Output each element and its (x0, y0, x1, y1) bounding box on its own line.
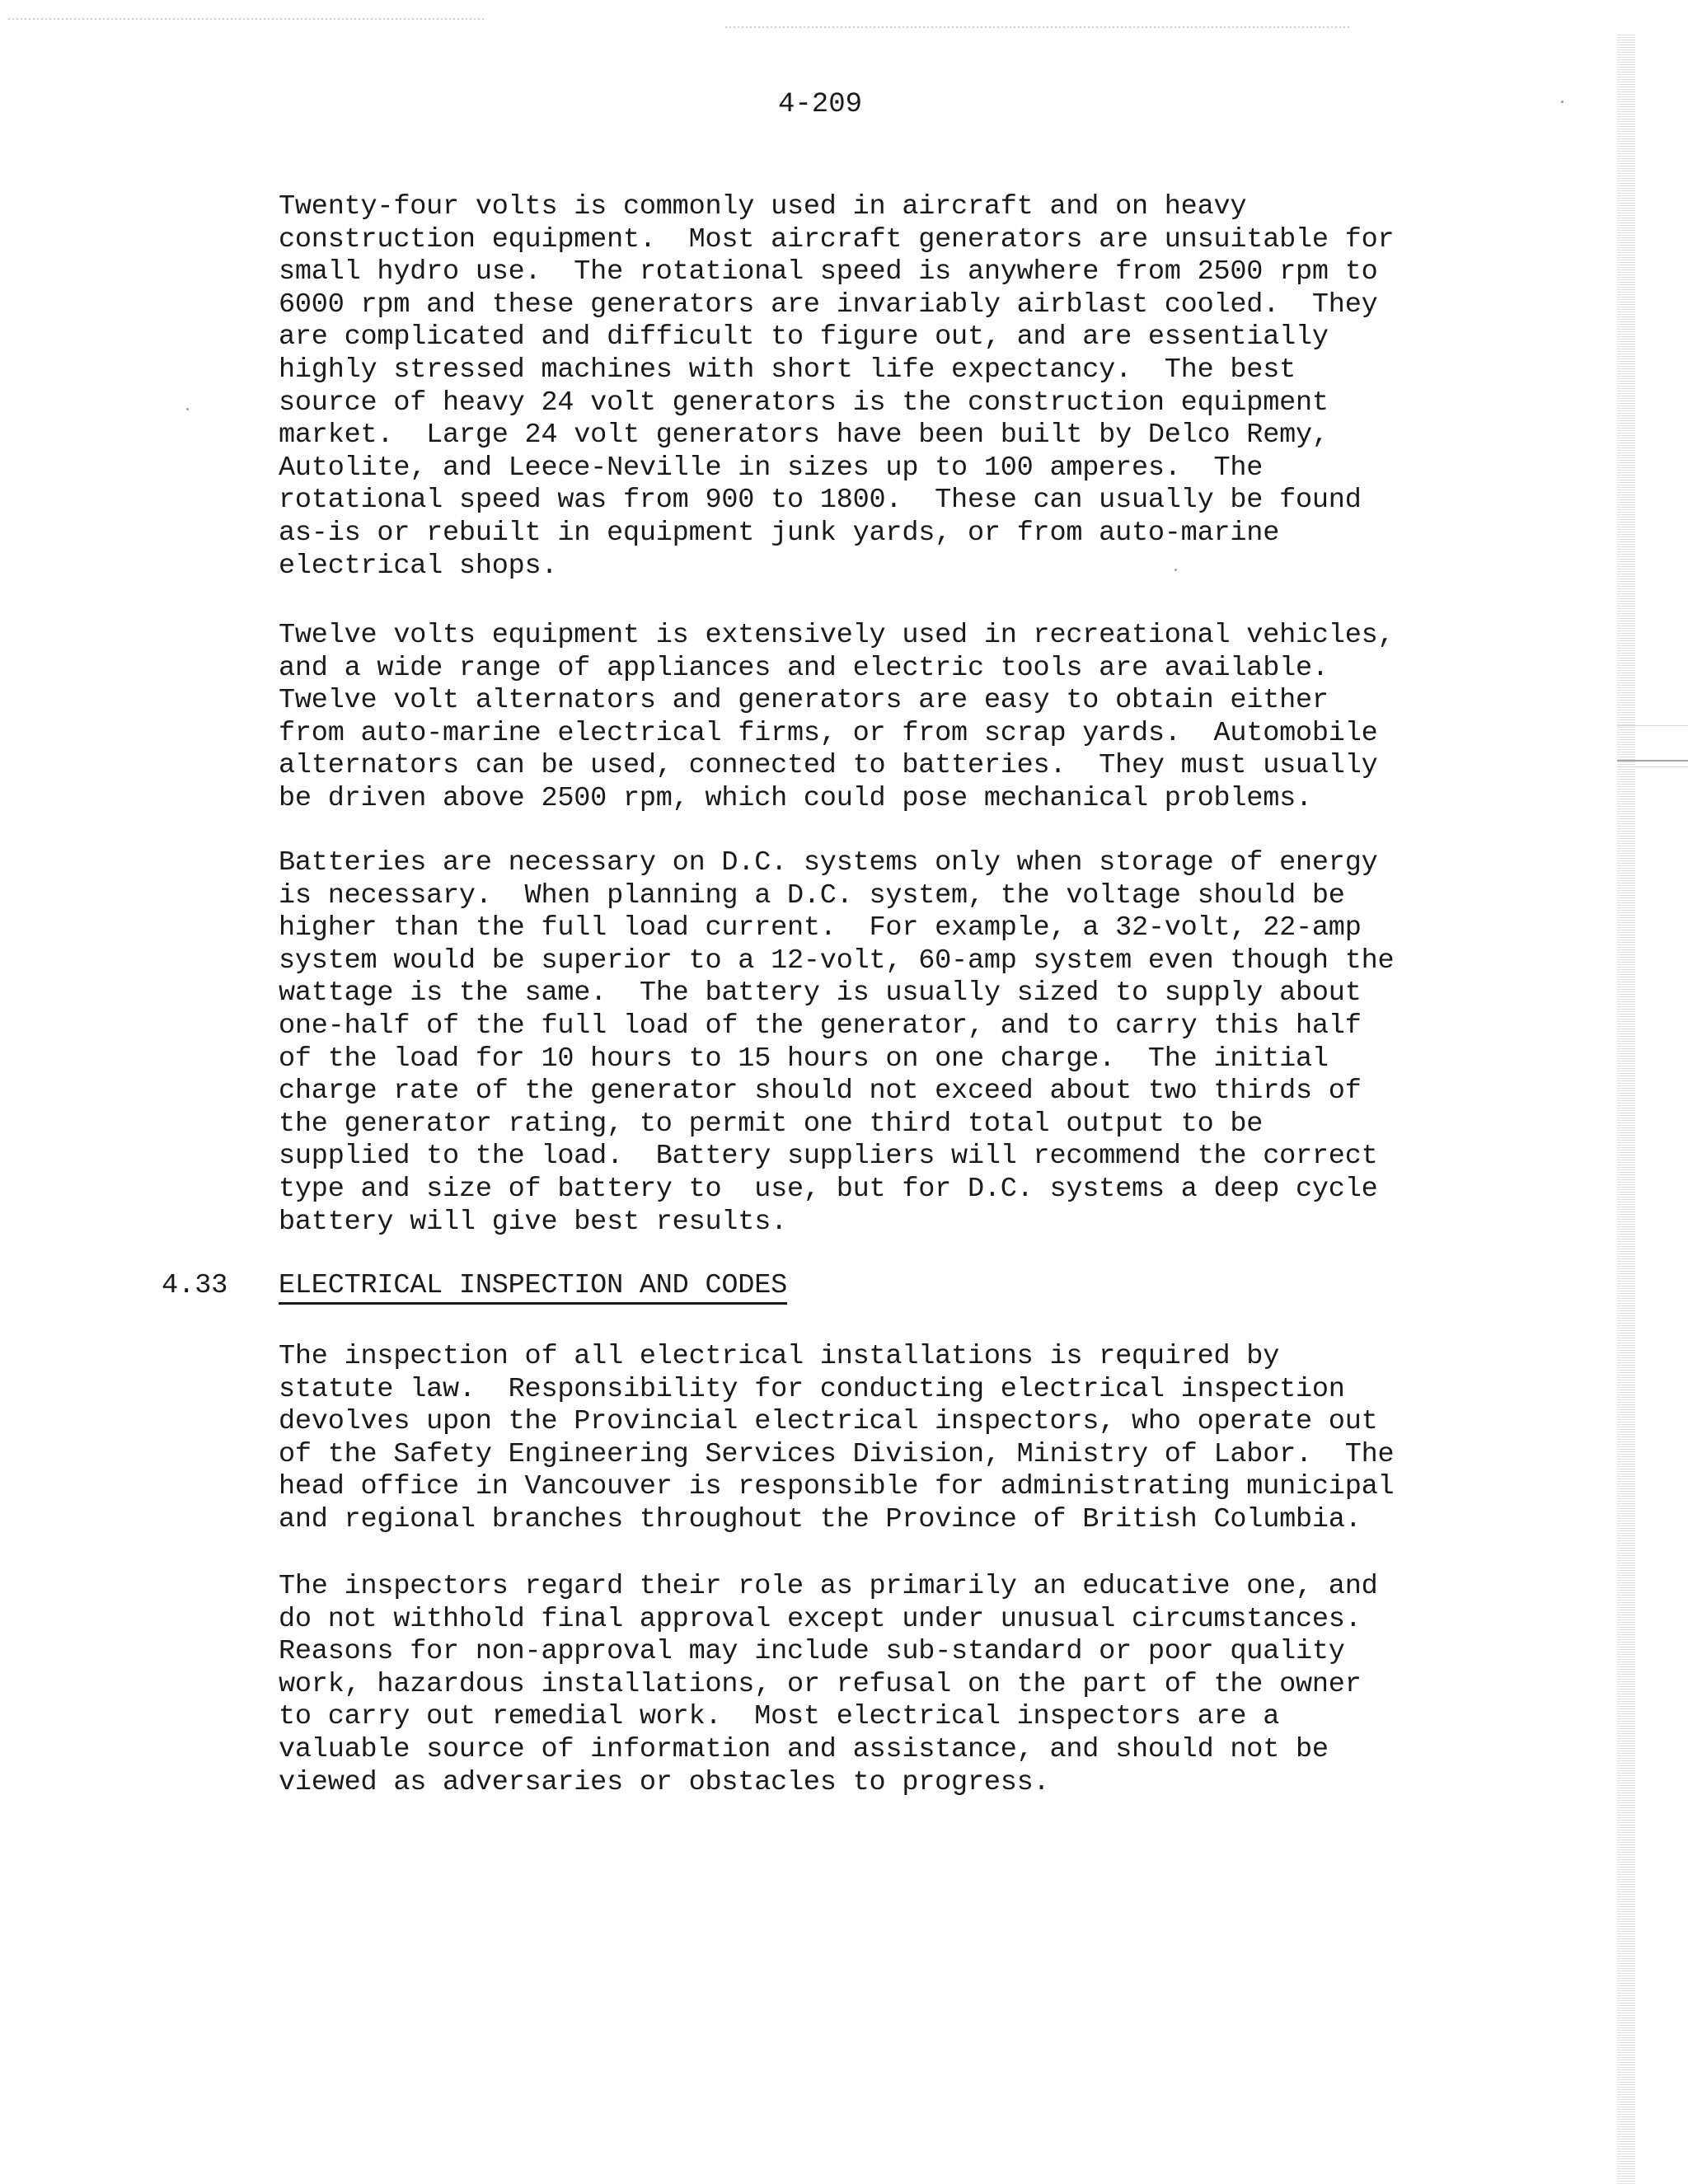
text-line: rotational speed was from 900 to 1800. T… (279, 485, 1394, 518)
text-line: of the load for 10 hours to 15 hours on … (279, 1043, 1394, 1076)
text-line: The inspectors regard their role as prim… (279, 1571, 1378, 1604)
page-number: 4-209 (0, 89, 1640, 120)
text-line: viewed as adversaries or obstacles to pr… (279, 1767, 1378, 1800)
text-line: and regional branches throughout the Pro… (279, 1504, 1394, 1537)
text-line: wattage is the same. The battery is usua… (279, 977, 1394, 1010)
text-line: of the Safety Engineering Services Divis… (279, 1439, 1394, 1472)
text-line: The inspection of all electrical install… (279, 1341, 1394, 1374)
text-line: the generator rating, to permit one thir… (279, 1108, 1394, 1141)
text-line: Autolite, and Leece-Neville in sizes up … (279, 452, 1394, 485)
paragraph-inspectors-role: The inspectors regard their role as prim… (279, 1571, 1378, 1799)
text-line: charge rate of the generator should not … (279, 1076, 1394, 1108)
text-line: supplied to the load. Battery suppliers … (279, 1141, 1394, 1174)
text-line: one-half of the full load of the generat… (279, 1010, 1394, 1043)
text-line: market. Large 24 volt generators have be… (279, 419, 1394, 452)
text-line: small hydro use. The rotational speed is… (279, 256, 1394, 289)
paragraph-inspection-statute: The inspection of all electrical install… (279, 1341, 1394, 1537)
text-line: Twenty-four volts is commonly used in ai… (279, 191, 1394, 224)
text-line: system would be superior to a 12-volt, 6… (279, 945, 1394, 978)
text-line: statute law. Responsibility for conducti… (279, 1374, 1394, 1407)
text-line: type and size of battery to use, but for… (279, 1174, 1394, 1207)
text-line: construction equipment. Most aircraft ge… (279, 224, 1394, 257)
scan-speck (186, 408, 189, 410)
paragraph-24-volt-generators: Twenty-four volts is commonly used in ai… (279, 191, 1394, 583)
text-line: are complicated and difficult to figure … (279, 321, 1394, 354)
scan-edge-line (1617, 766, 1688, 767)
text-line: from auto-marine electrical firms, or fr… (279, 718, 1394, 751)
text-line: Reasons for non-approval may include sub… (279, 1636, 1378, 1669)
text-line: as-is or rebuilt in equipment junk yards… (279, 518, 1394, 551)
paragraph-batteries: Batteries are necessary on D.C. systems … (279, 847, 1394, 1239)
paragraph-12-volt-equipment: Twelve volts equipment is extensively us… (279, 620, 1394, 816)
text-line: highly stressed machines with short life… (279, 354, 1394, 387)
scan-edge-strip (1617, 33, 1635, 2184)
text-line: electrical shops. (279, 551, 1394, 583)
text-line: 6000 rpm and these generators are invari… (279, 289, 1394, 322)
text-line: higher than the full load current. For e… (279, 912, 1394, 945)
text-line: be driven above 2500 rpm, which could po… (279, 783, 1394, 816)
text-line: to carry out remedial work. Most electri… (279, 1701, 1378, 1734)
scan-artifact-top-left (8, 18, 486, 20)
text-line: source of heavy 24 volt generators is th… (279, 387, 1394, 420)
text-line: work, hazardous installations, or refusa… (279, 1669, 1378, 1702)
text-line: valuable source of information and assis… (279, 1734, 1378, 1767)
text-line: is necessary. When planning a D.C. syste… (279, 880, 1394, 913)
text-line: head office in Vancouver is responsible … (279, 1471, 1394, 1504)
text-line: do not withhold final approval except un… (279, 1604, 1378, 1637)
text-line: Batteries are necessary on D.C. systems … (279, 847, 1394, 880)
text-line: alternators can be used, connected to ba… (279, 750, 1394, 783)
scan-edge-line (1617, 725, 1688, 726)
scan-edge-line (1617, 760, 1688, 762)
section-title: ELECTRICAL INSPECTION AND CODES (279, 1269, 787, 1305)
text-line: and a wide range of appliances and elect… (279, 653, 1394, 686)
text-line: Twelve volts equipment is extensively us… (279, 620, 1394, 653)
scan-artifact-top-middle (725, 26, 1352, 28)
text-line: devolves upon the Provincial electrical … (279, 1406, 1394, 1439)
text-line: Twelve volt alternators and generators a… (279, 685, 1394, 718)
section-number: 4.33 (162, 1269, 227, 1302)
text-line: battery will give best results. (279, 1207, 1394, 1240)
